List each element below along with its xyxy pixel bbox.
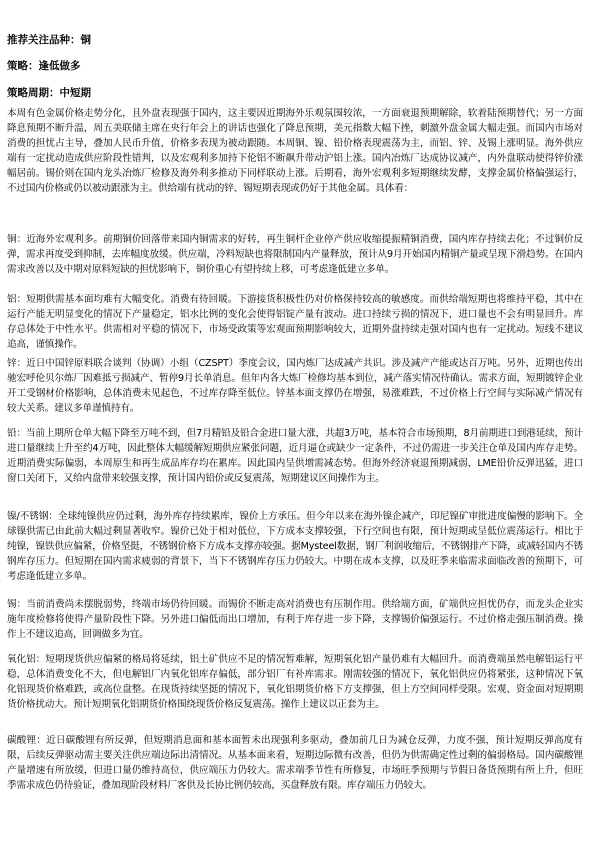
lead-paragraph: 铅：当前上期所仓单大幅下降至万吨不到，但7月精铅及铅合金进口量大涨，共超3万吨，… xyxy=(7,426,583,486)
tin-paragraph: 锡：当前消费尚未摆脱弱势，终端市场仍待回暖。而锡价不断走高对消费也有压制作用。供… xyxy=(7,597,583,642)
lithium-carbonate-paragraph: 碳酸锂：近日碳酸锂有所反弹，但短期消息面和基本面暂未出现强利多驱动，叠加前几日为… xyxy=(7,733,583,793)
recommended-variety-heading: 推荐关注品种：铜 xyxy=(7,33,91,47)
nickel-stainless-paragraph: 镍/不锈钢：全球纯镍供应仍过剩，海外库存持续累库，镍价上方承压。但今年以来在海外… xyxy=(7,509,583,584)
strategy-period-heading: 策略周期：中短期 xyxy=(7,86,91,100)
strategy-heading: 策略：逢低做多 xyxy=(7,59,81,73)
alumina-paragraph: 氧化铝：短期现货供应偏紧的格局将延续，铝土矿供应不足的情况暂难解，短期氧化铝产量… xyxy=(7,652,583,712)
aluminum-paragraph: 铝：短期供需基本面均难有大幅变化。消费有待回暖。下游接货积极性仍对价格保持较高的… xyxy=(7,292,583,352)
overview-paragraph: 本周有色金属价格走势分化，且外盘表现强于国内，这主要因近期海外乐观氛围较浓，一方… xyxy=(7,106,583,197)
zinc-paragraph: 锌：近日中国锌原料联合谈判（协调）小组（CZSPT）季度会议，国内炼厂达成减产共… xyxy=(7,356,583,416)
copper-paragraph: 铜：近海外宏观利多。前期铜价回落带来国内铜需求的好转，再生铜杆企业停产供应收缩提… xyxy=(7,232,583,277)
